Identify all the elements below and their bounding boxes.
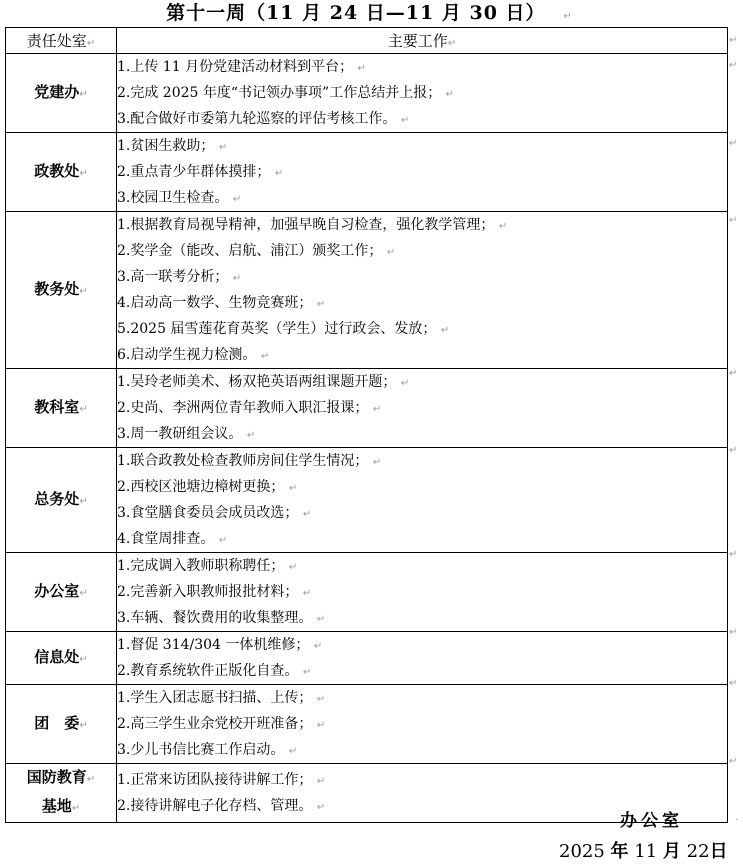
paragraph-mark-icon: · [735, 815, 738, 826]
task-item: 1.吴玲老师美术、杨双艳英语两组课题开题； ↵ [117, 369, 727, 395]
row-end-mark-icon: ↵ [729, 549, 737, 560]
task-item: 2.教育系统软件正版化自查。 ↵ [117, 658, 727, 684]
dept-cell: 教务处↵ [6, 212, 117, 369]
row-end-mark-icon: ↵ [729, 60, 737, 71]
task-item: 1.学生入团志愿书扫描、上传； ↵ [117, 685, 727, 711]
row-end-mark-icon: ↵ [729, 678, 737, 689]
paragraph-mark-icon: ↵ [72, 803, 80, 814]
task-item: 2.完成 2025 年度“书记领办事项”工作总结并上报； ↵ [117, 80, 727, 106]
header-work: 主要工作↵ [117, 28, 728, 54]
table-row: 教科室↵ 1.吴玲老师美术、杨双艳英语两组课题开题； ↵ 2.史尚、李洲两位青年… [6, 369, 728, 448]
dept-line: 国防教育↵ [6, 764, 116, 793]
task-item: 6.启动学生视力检测。 ↵ [117, 342, 727, 368]
signature-office: 办公室 [620, 807, 683, 835]
page-title: 第十一周（11 月 24 日—11 月 30 日）↵ [0, 0, 743, 27]
table-row: 信息处↵ 1.督促 314/304 一体机维修； ↵ 2.教育系统软件正版化自查… [6, 632, 728, 685]
paragraph-mark-icon: ↵ [79, 168, 87, 179]
paragraph-mark-icon: ↵ [87, 774, 95, 785]
weekly-work-table: 责任处室↵ 主要工作↵ 党建办↵ 1.上传 11 月份党建活动材料到平台； ↵ … [5, 27, 728, 823]
tasks-cell: 1.根据教育局视导精神，加强早晚自习检查，强化教学管理； ↵ 2.奖学金（能改、… [117, 212, 728, 369]
row-end-mark-icon: ↵ [729, 138, 737, 149]
tasks-cell: 1.联合政教处检查教师房间住学生情况； ↵ 2.西校区池塘边樟树更换； ↵ 3.… [117, 448, 728, 553]
dept-cell: 信息处↵ [6, 632, 117, 685]
table-row: 政教处↵ 1.贫困生救助； ↵ 2.重点青少年群体摸排； ↵ 3.校园卫生检查。… [6, 133, 728, 212]
paragraph-mark-icon: ↵ [79, 720, 87, 731]
tasks-cell: 1.学生入团志愿书扫描、上传； ↵ 2.高三学生业余党校开班准备； ↵ 3.少儿… [117, 685, 728, 764]
header-dept: 责任处室↵ [6, 28, 117, 54]
paragraph-mark-icon: ↵ [79, 588, 87, 599]
paragraph-mark-icon: ↵ [79, 286, 87, 297]
tasks-cell: 1.贫困生救助； ↵ 2.重点青少年群体摸排； ↵ 3.校园卫生检查。 ↵ [117, 133, 728, 212]
table-header-row: 责任处室↵ 主要工作↵ [6, 28, 728, 54]
task-item: 4.启动高一数学、生物竞赛班； ↵ [117, 290, 727, 316]
dept-cell: 党建办↵ [6, 54, 117, 133]
task-item: 2.高三学生业余党校开班准备； ↵ [117, 711, 727, 737]
task-item: 1.督促 314/304 一体机维修； ↵ [117, 632, 727, 658]
tasks-cell: 1.完成调入教师职称聘任； ↵ 2.完善新入职教师报批材料； ↵ 3.车辆、餐饮… [117, 553, 728, 632]
paragraph-mark-icon: ↵ [448, 38, 456, 49]
task-item: 4.食堂周排查。 ↵ [117, 526, 727, 552]
dept-cell: 教科室↵ [6, 369, 117, 448]
table-row: 办公室↵ 1.完成调入教师职称聘任； ↵ 2.完善新入职教师报批材料； ↵ 3.… [6, 553, 728, 632]
table-row: 党建办↵ 1.上传 11 月份党建活动材料到平台； ↵ 2.完成 2025 年度… [6, 54, 728, 133]
dept-cell: 团 委↵ [6, 685, 117, 764]
task-item: 2.史尚、李洲两位青年教师入职汇报课； ↵ [117, 395, 727, 421]
task-item: 5.2025 届雪莲花育英奖（学生）过行政会、发放； ↵ [117, 316, 727, 342]
signature-date: 2025 年 11 月 22日 [559, 838, 728, 864]
task-item: 1.贫困生救助； ↵ [117, 133, 727, 159]
paragraph-mark-icon: ↵ [87, 38, 95, 49]
tasks-cell: 1.上传 11 月份党建活动材料到平台； ↵ 2.完成 2025 年度“书记领办… [117, 54, 728, 133]
row-end-mark-icon: ↵ [729, 35, 737, 46]
row-end-mark-icon: ↵ [729, 627, 737, 638]
task-item: 3.校园卫生检查。 ↵ [117, 185, 727, 211]
row-end-mark-icon: ↵ [729, 445, 737, 456]
paragraph-mark-icon: ↵ [564, 11, 573, 22]
task-item: 2.西校区池塘边樟树更换； ↵ [117, 474, 727, 500]
dept-cell: 总务处↵ [6, 448, 117, 553]
paragraph-mark-icon: ↵ [79, 654, 87, 665]
row-end-mark-icon: ↵ [729, 215, 737, 226]
task-item: 3.食堂膳食委员会成员改选； ↵ [117, 500, 727, 526]
task-item: 1.正常来访团队接待讲解工作； ↵ [117, 767, 727, 793]
dept-cell: 国防教育↵ 基地↵ [6, 764, 117, 823]
task-item: 2.重点青少年群体摸排； ↵ [117, 159, 727, 185]
tasks-cell: 1.督促 314/304 一体机维修； ↵ 2.教育系统软件正版化自查。 ↵ [117, 632, 728, 685]
task-item: 1.根据教育局视导精神，加强早晚自习检查，强化教学管理； ↵ [117, 212, 727, 238]
table-row: 教务处↵ 1.根据教育局视导精神，加强早晚自习检查，强化教学管理； ↵ 2.奖学… [6, 212, 728, 369]
task-item: 3.高一联考分析； ↵ [117, 264, 727, 290]
task-item: 2.奖学金（能改、启航、浦江）颁奖工作； ↵ [117, 238, 727, 264]
task-item: 1.完成调入教师职称聘任； ↵ [117, 553, 727, 579]
dept-line: 基地↵ [6, 793, 116, 822]
dept-cell: 政教处↵ [6, 133, 117, 212]
task-item: 2.完善新入职教师报批材料； ↵ [117, 579, 727, 605]
task-item: 1.上传 11 月份党建活动材料到平台； ↵ [117, 54, 727, 80]
task-item: 3.少儿书信比赛工作启动。 ↵ [117, 737, 727, 763]
row-end-mark-icon: ↵ [729, 368, 737, 379]
table-row: 团 委↵ 1.学生入团志愿书扫描、上传； ↵ 2.高三学生业余党校开班准备； ↵… [6, 685, 728, 764]
paragraph-mark-icon: ↵ [79, 496, 87, 507]
task-item: 3.配合做好市委第九轮巡察的评估考核工作。 ↵ [117, 106, 727, 132]
table-row: 总务处↵ 1.联合政教处检查教师房间住学生情况； ↵ 2.西校区池塘边樟树更换；… [6, 448, 728, 553]
paragraph-mark-icon: ↵ [79, 404, 87, 415]
tasks-cell: 1.吴玲老师美术、杨双艳英语两组课题开题； ↵ 2.史尚、李洲两位青年教师入职汇… [117, 369, 728, 448]
dept-cell: 办公室↵ [6, 553, 117, 632]
paragraph-mark-icon: ↵ [79, 89, 87, 100]
week-title: 第十一周（11 月 24 日—11 月 30 日） [166, 2, 545, 24]
task-item: 1.联合政教处检查教师房间住学生情况； ↵ [117, 448, 727, 474]
task-item: 3.车辆、餐饮费用的收集整理。 ↵ [117, 605, 727, 631]
task-item: 3.周一教研组会议。 ↵ [117, 421, 727, 447]
row-end-mark-icon: ↵ [729, 756, 737, 767]
